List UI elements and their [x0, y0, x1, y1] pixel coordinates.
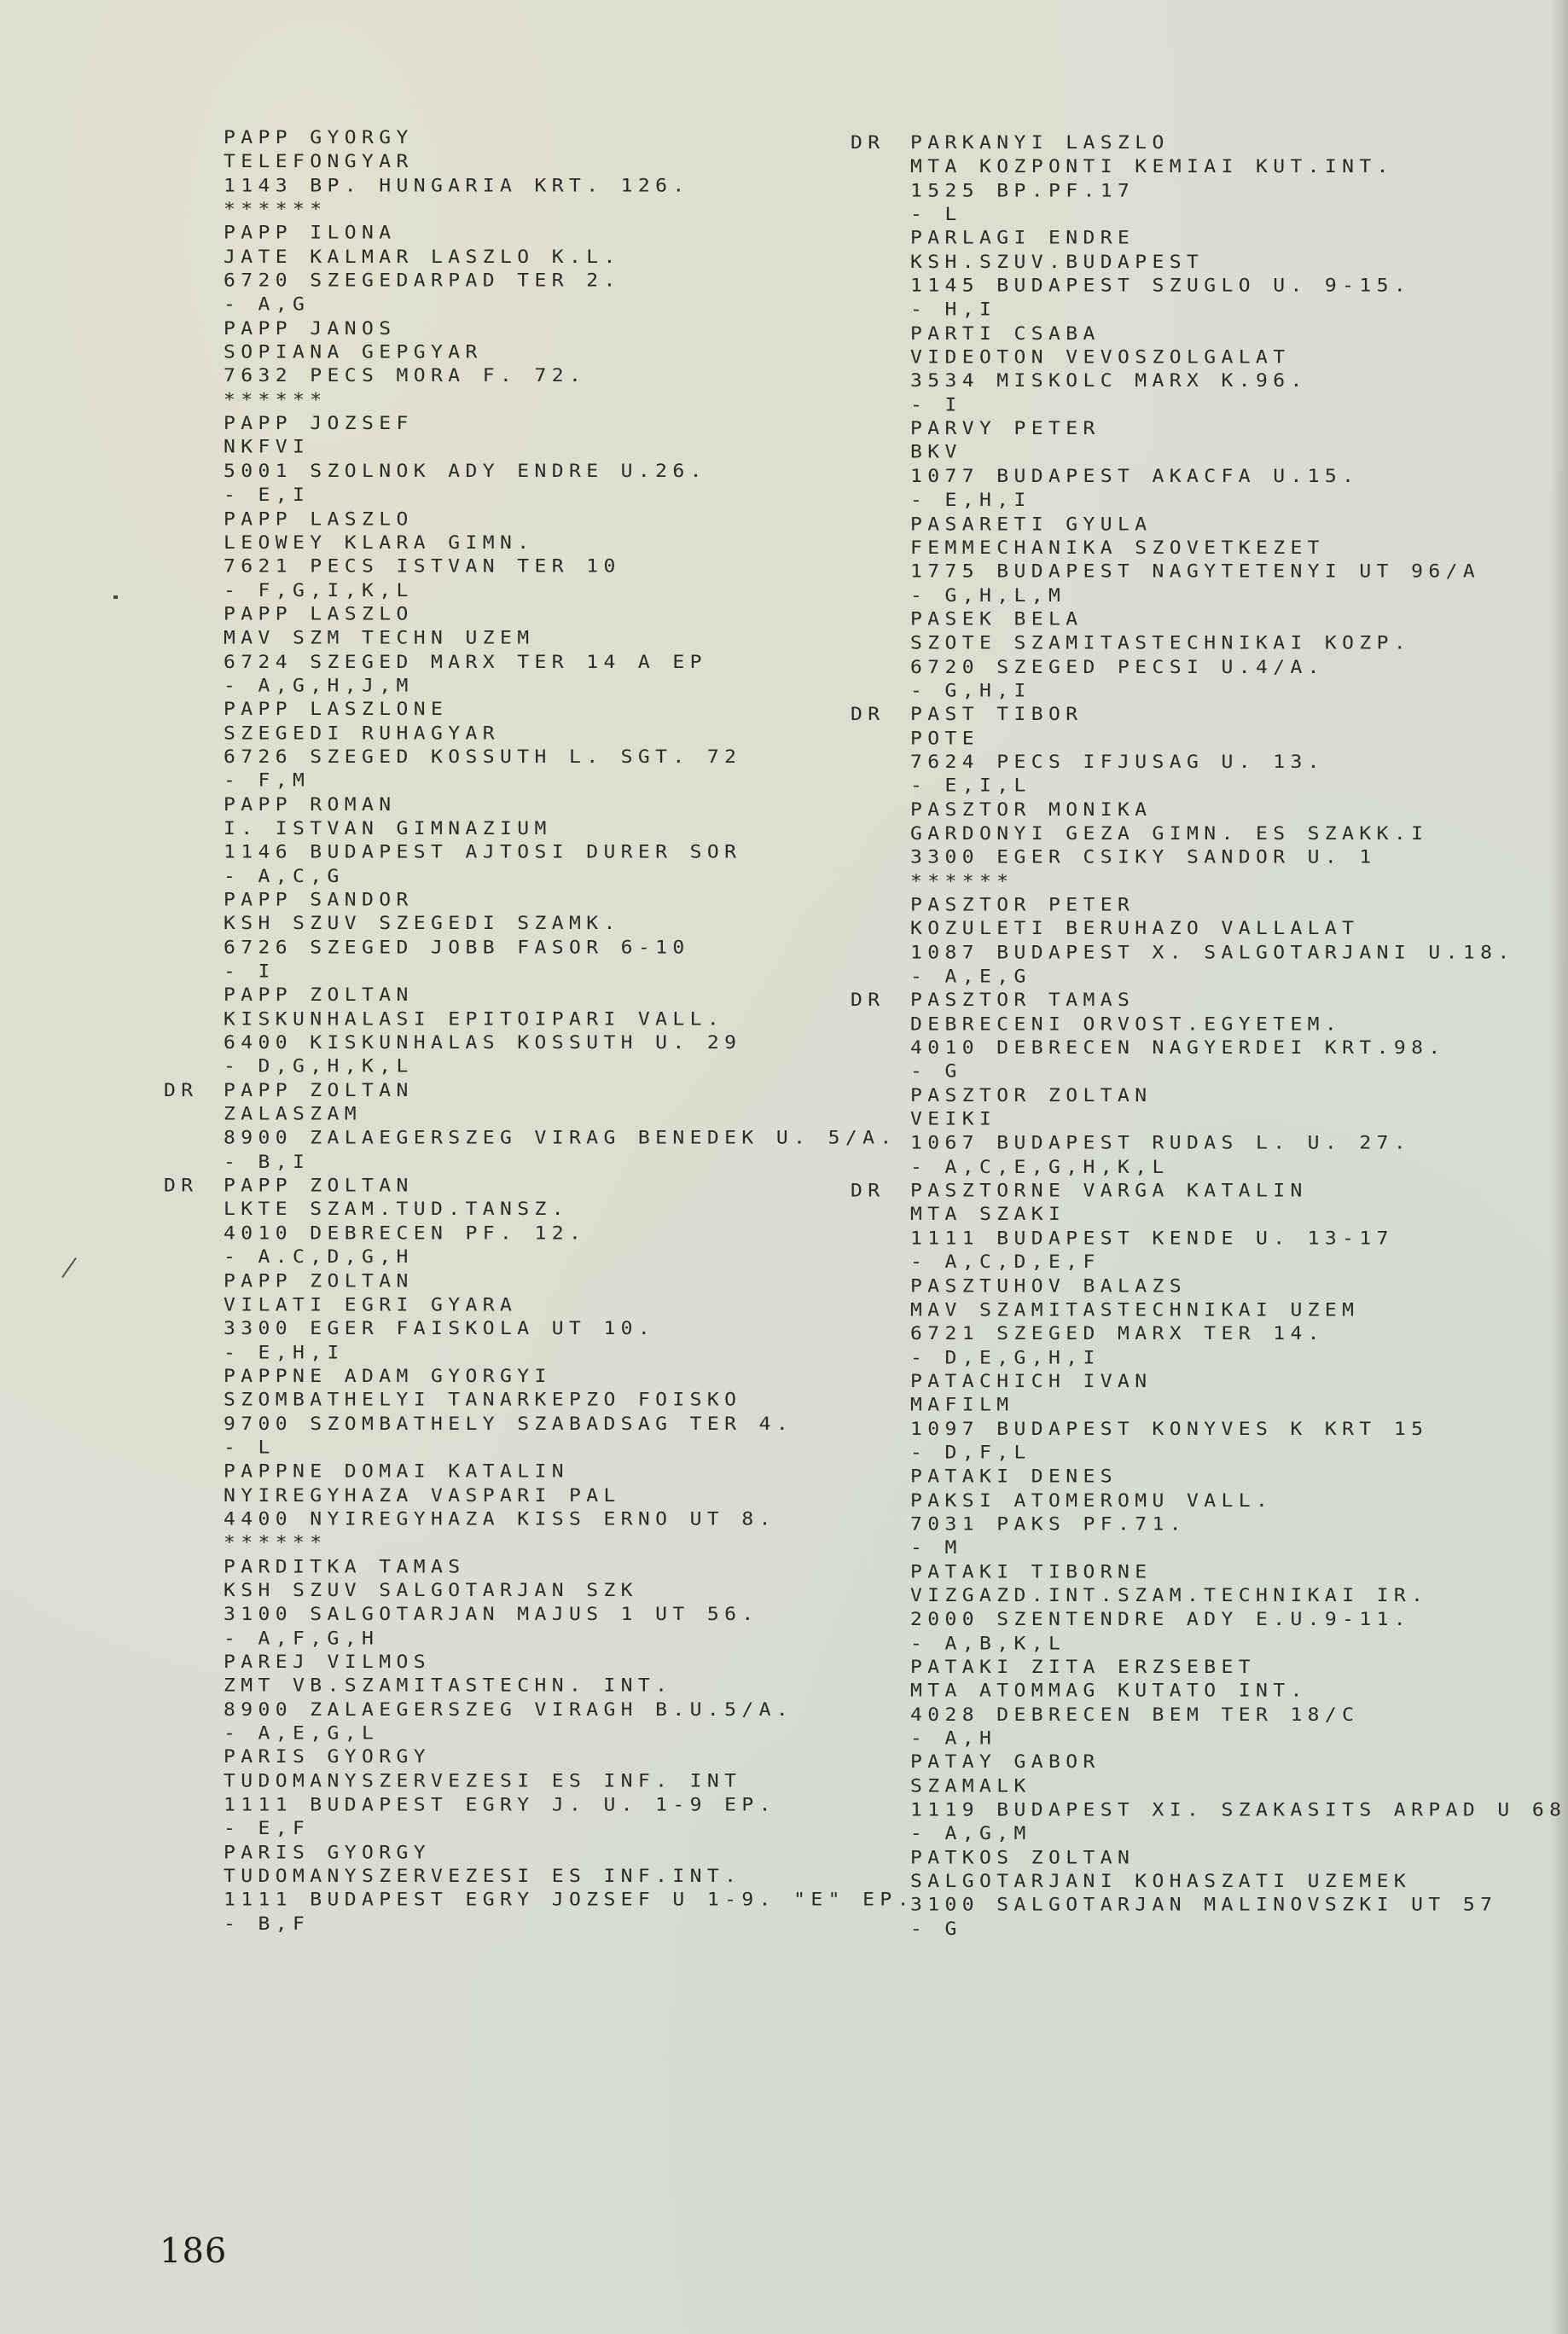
title-prefix: DR [851, 131, 886, 155]
line-text: PAPP ILONA [224, 224, 396, 244]
directory-line: PARIS GYORGY [224, 1841, 915, 1865]
line-text: MAV SZAMITASTECHNIKAI UZEM [910, 1300, 1359, 1321]
directory-line: VILATI EGRI GYARA [224, 1293, 915, 1317]
directory-line: - A,G,M [910, 1822, 1566, 1846]
title-prefix: DR [851, 989, 886, 1013]
directory-line: POTE [910, 727, 1566, 751]
line-text: PARKANYI LASZLO [910, 133, 1170, 154]
directory-line: - F,G,I,K,L [224, 578, 915, 602]
line-text: 3300 EGER CSIKY SANDOR U. 1 [910, 847, 1377, 868]
directory-line: - M [910, 1536, 1566, 1560]
line-text: 1077 BUDAPEST AKACFA U.15. [910, 467, 1359, 487]
line-text: PAPP SANDOR [224, 890, 414, 910]
directory-line: ****** [910, 869, 1566, 893]
line-text: PARIS GYORGY [224, 1747, 431, 1768]
line-text: 7621 PECS ISTVAN TER 10 [224, 556, 621, 577]
directory-line: MAFILM [910, 1394, 1566, 1418]
line-text: 4010 DEBRECEN PF. 12. [224, 1223, 586, 1244]
line-text: SZEGEDI RUHAGYAR [224, 723, 500, 744]
directory-line: 8900 ZALAEGERSZEG VIRAGH B.U.5/A. [224, 1698, 915, 1721]
directory-line: PAPP LASZLONE [224, 698, 915, 722]
line-text: PASEK BELA [910, 609, 1083, 630]
directory-line: PATAKI ZITA ERZSEBET [910, 1656, 1566, 1680]
directory-line: PARLAGI ENDRE [910, 227, 1566, 251]
line-text: 8900 ZALAEGERSZEG VIRAGH B.U.5/A. [224, 1699, 793, 1720]
line-text: 7031 PAKS PF.71. [910, 1514, 1187, 1535]
directory-line: KSH SZUV SZEGEDI SZAMK. [224, 912, 915, 936]
line-text: 7632 PECS MORA F. 72. [224, 366, 586, 386]
line-text: PAKSI ATOMEROMU VALL. [910, 1490, 1273, 1511]
line-text: PAPP JANOS [224, 318, 396, 339]
directory-line: 1111 BUDAPEST EGRY J. U. 1-9 EP. [224, 1793, 915, 1817]
line-text: DEBRECENI ORVOST.EGYETEM. [910, 1014, 1342, 1035]
directory-line: PARVY PETER [910, 417, 1566, 441]
line-text: 7624 PECS IFJUSAG U. 13. [910, 752, 1325, 773]
line-text: 6721 SZEGED MARX TER 14. [910, 1324, 1325, 1344]
directory-line: PAPP LASZLO [224, 508, 915, 531]
line-text: PATACHICH IVAN [910, 1371, 1152, 1391]
line-text: PASZTOR PETER [910, 895, 1135, 915]
directory-line: SZEGEDI RUHAGYAR [224, 722, 915, 746]
line-text: PARTI CSABA [910, 323, 1101, 344]
line-text: - G,H,I [910, 681, 1031, 701]
directory-line: - A,H [910, 1727, 1566, 1750]
line-text: MAFILM [910, 1395, 1013, 1415]
directory-line: ZALASZAM [224, 1103, 915, 1127]
line-text: ****** [910, 871, 1013, 891]
line-text: LEOWEY KLARA GIMN. [224, 532, 534, 553]
line-text: - M [910, 1538, 962, 1559]
line-text: 2000 SZENTENDRE ADY E.U.9-11. [910, 1610, 1411, 1630]
directory-line: - A,G,H,J,M [224, 674, 915, 698]
directory-line: - B,F [224, 1913, 915, 1936]
line-text: - E,H,I [910, 491, 1031, 511]
title-prefix: DR [851, 1179, 886, 1203]
line-text: VIZGAZD.INT.SZAM.TECHNIKAI IR. [910, 1586, 1428, 1606]
directory-line: PATAKI DENES [910, 1465, 1566, 1489]
line-text: 8900 ZALAEGERSZEG VIRAG BENEDEK U. 5/A. [224, 1128, 897, 1148]
directory-line: PASZTOR ZOLTAN [910, 1084, 1566, 1108]
directory-line: PAPP LASZLO [224, 602, 915, 626]
line-text: 6724 SZEGED MARX TER 14 A EP [224, 652, 707, 672]
directory-line: PAPPNE DOMAI KATALIN [224, 1460, 915, 1483]
line-text: PASZTOR TAMAS [910, 990, 1135, 1011]
line-text: I. ISTVAN GIMNAZIUM [224, 818, 552, 839]
directory-line: MAV SZAMITASTECHNIKAI UZEM [910, 1298, 1566, 1322]
line-text: KSH SZUV SZEGEDI SZAMK. [224, 914, 621, 934]
directory-line: 7624 PECS IFJUSAG U. 13. [910, 751, 1566, 775]
line-text: NKFVI [224, 438, 310, 458]
directory-line: - G [910, 1918, 1566, 1942]
directory-line: 2000 SZENTENDRE ADY E.U.9-11. [910, 1608, 1566, 1632]
directory-line: TELEFONGYAR [224, 150, 915, 174]
line-text: KSH SZUV SALGOTARJAN SZK [224, 1581, 638, 1601]
directory-line: 4010 DEBRECEN NAGYERDEI KRT.98. [910, 1036, 1566, 1060]
line-text: ****** [224, 390, 327, 410]
directory-line: PAPP SANDOR [224, 888, 915, 912]
line-text: 1097 BUDAPEST KONYVES K KRT 15 [910, 1419, 1428, 1439]
directory-line: 6726 SZEGED JOBB FASOR 6-10 [224, 936, 915, 960]
line-text: - F,G,I,K,L [224, 580, 414, 601]
line-text: - H,I [910, 299, 996, 320]
line-text: PATAKI TIBORNE [910, 1562, 1152, 1582]
directory-line: PASZTOR MONIKA [910, 798, 1566, 822]
directory-line: - A,E,G,L [224, 1721, 915, 1745]
directory-line: - A,C,E,G,H,K,L [910, 1155, 1566, 1179]
line-text: PASARETI GYULA [910, 514, 1152, 535]
directory-line: ****** [224, 198, 915, 222]
line-text: FEMMECHANIKA SZOVETKEZET [910, 537, 1325, 558]
line-text: - G,H,L,M [910, 585, 1066, 606]
directory-line: DRPAST TIBOR [910, 703, 1566, 727]
directory-line: 3300 EGER CSIKY SANDOR U. 1 [910, 845, 1566, 869]
line-text: SALGOTARJANI KOHASZATI UZEMEK [910, 1872, 1411, 1892]
line-text: - E,I [224, 485, 310, 506]
directory-line: ****** [224, 388, 915, 412]
line-text: POTE [910, 729, 979, 749]
directory-line: GARDONYI GEZA GIMN. ES SZAKK.I [910, 822, 1566, 846]
line-text: SOPIANA GEPGYAR [224, 342, 483, 363]
directory-line: 1143 BP. HUNGARIA KRT. 126. [224, 174, 915, 198]
line-text: PATAKI ZITA ERZSEBET [910, 1657, 1256, 1677]
line-text: - E,F [224, 1819, 310, 1839]
line-text: - A,F,G,H [224, 1629, 379, 1649]
line-text: 3534 MISKOLC MARX K.96. [910, 371, 1308, 392]
line-text: PASZTOR ZOLTAN [910, 1085, 1152, 1106]
directory-line: MTA KOZPONTI KEMIAI KUT.INT. [910, 155, 1566, 179]
directory-line: 1119 BUDAPEST XI. SZAKASITS ARPAD U 68 [910, 1798, 1566, 1822]
line-text: PARLAGI ENDRE [910, 229, 1135, 249]
directory-line: 1077 BUDAPEST AKACFA U.15. [910, 465, 1566, 489]
directory-line: - A,B,K,L [910, 1632, 1566, 1656]
line-text: ZALASZAM [224, 1104, 362, 1124]
line-text: 1775 BUDAPEST NAGYTETENYI UT 96/A [910, 561, 1480, 582]
line-text: PAPP ZOLTAN [224, 985, 414, 1006]
line-text: - F,M [224, 771, 310, 792]
directory-line: - G [910, 1060, 1566, 1084]
directory-line: 8900 ZALAEGERSZEG VIRAG BENEDEK U. 5/A. [224, 1126, 915, 1150]
line-text: 6726 SZEGED JOBB FASOR 6-10 [224, 938, 690, 958]
line-text: VEIKI [910, 1109, 996, 1129]
line-text: 1067 BUDAPEST RUDAS L. U. 27. [910, 1133, 1411, 1153]
directory-line: PAPP ROMAN [224, 793, 915, 817]
directory-line: NYIREGYHAZA VASPARI PAL [224, 1483, 915, 1507]
directory-line: - I [224, 960, 915, 984]
directory-line: DRPARKANYI LASZLO [910, 131, 1566, 155]
directory-line: 1097 BUDAPEST KONYVES K KRT 15 [910, 1417, 1566, 1441]
directory-line: SZOMBATHELYI TANARKEPZO FOISKO [224, 1389, 915, 1413]
directory-line: PARIS GYORGY [224, 1745, 915, 1769]
directory-line: PARTI CSABA [910, 322, 1566, 345]
margin-mark [61, 1257, 77, 1278]
directory-line: DRPAPP ZOLTAN [224, 1174, 915, 1198]
directory-line: 1111 BUDAPEST EGRY JOZSEF U 1-9. "E" EP. [224, 1889, 915, 1913]
directory-line: 6724 SZEGED MARX TER 14 A EP [224, 650, 915, 674]
directory-line: 6721 SZEGED MARX TER 14. [910, 1322, 1566, 1346]
line-text: 1146 BUDAPEST AJTOSI DURER SOR [224, 842, 741, 862]
directory-line: 6720 SZEGED PECSI U.4/A. [910, 655, 1566, 679]
directory-line: 3300 EGER FAISKOLA UT 10. [224, 1317, 915, 1341]
directory-line: - G,H,L,M [910, 583, 1566, 607]
line-text: PAPP ZOLTAN [224, 1271, 414, 1292]
directory-line: - A,G [224, 293, 915, 316]
margin-mark [113, 595, 118, 599]
line-text: PAPP LASZLO [224, 604, 414, 624]
directory-line: MTA ATOMMAG KUTATO INT. [910, 1680, 1566, 1704]
directory-line: SOPIANA GEPGYAR [224, 340, 915, 364]
title-prefix: DR [164, 1174, 199, 1198]
directory-line: PATAKI TIBORNE [910, 1560, 1566, 1584]
directory-line: - A,C,G [224, 864, 915, 888]
line-text: 6400 KISKUNHALAS KOSSUTH U. 29 [224, 1033, 741, 1054]
line-text: 1111 BUDAPEST KENDE U. 13-17 [910, 1228, 1394, 1249]
page-number: 186 [160, 2232, 227, 2271]
directory-line: 3100 SALGOTARJAN MAJUS 1 UT 56. [224, 1603, 915, 1627]
directory-line: 6720 SZEGEDARPAD TER 2. [224, 269, 915, 293]
directory-line: 1145 BUDAPEST SZUGLO U. 9-15. [910, 274, 1566, 298]
directory-line: LKTE SZAM.TUD.TANSZ. [224, 1198, 915, 1222]
directory-line: 7031 PAKS PF.71. [910, 1512, 1566, 1536]
line-text: VIDEOTON VEVOSZOLGALAT [910, 347, 1290, 368]
directory-line: ****** [224, 1531, 915, 1555]
directory-line: - G,H,I [910, 679, 1566, 703]
directory-line: DRPAPP ZOLTAN [224, 1079, 915, 1103]
line-text: KOZULETI BERUHAZO VALLALAT [910, 919, 1359, 939]
line-text: PAPPNE DOMAI KATALIN [224, 1461, 569, 1482]
line-text: 1111 BUDAPEST EGRY JOZSEF U 1-9. "E" EP. [224, 1890, 915, 1911]
directory-line: MAV SZM TECHN UZEM [224, 626, 915, 650]
line-text: ****** [224, 200, 327, 220]
line-text: 1143 BP. HUNGARIA KRT. 126. [224, 176, 690, 196]
directory-line: 7621 PECS ISTVAN TER 10 [224, 554, 915, 578]
directory-line: - A,E,G [910, 965, 1566, 989]
line-text: 6720 SZEGEDARPAD TER 2. [224, 270, 621, 291]
line-text: PASZTOR MONIKA [910, 799, 1152, 820]
directory-line: 7632 PECS MORA F. 72. [224, 364, 915, 388]
directory-line: PAREJ VILMOS [224, 1651, 915, 1675]
line-text: JATE KALMAR LASZLO K.L. [224, 247, 621, 267]
line-text: - A,E,G,L [224, 1723, 379, 1744]
line-text: PASZTORNE VARGA KATALIN [910, 1181, 1308, 1201]
directory-line: - I [910, 393, 1566, 417]
line-text: KISKUNHALASI EPITOIPARI VALL. [224, 1009, 724, 1030]
line-text: PATAY GABOR [910, 1752, 1101, 1773]
line-text: ZMT VB.SZAMITASTECHN. INT. [224, 1675, 672, 1696]
line-text: 6720 SZEGED PECSI U.4/A. [910, 657, 1325, 677]
line-text: PAPP ZOLTAN [224, 1080, 414, 1100]
line-text: - G [910, 1062, 962, 1083]
directory-line: NKFVI [224, 436, 915, 460]
directory-line: KOZULETI BERUHAZO VALLALAT [910, 917, 1566, 941]
line-text: - A,B,K,L [910, 1634, 1066, 1654]
directory-line: PATAY GABOR [910, 1750, 1566, 1774]
line-text: - L [224, 1437, 276, 1458]
directory-line: 3100 SALGOTARJAN MALINOVSZKI UT 57 [910, 1894, 1566, 1918]
directory-line: PAPP JOZSEF [224, 412, 915, 436]
line-text: - E,I,L [910, 776, 1031, 797]
directory-line: PASARETI GYULA [910, 513, 1566, 537]
line-text: PARVY PETER [910, 419, 1101, 439]
line-text: GARDONYI GEZA GIMN. ES SZAKK.I [910, 823, 1428, 844]
directory-line: 4400 NYIREGYHAZA KISS ERNO UT 8. [224, 1507, 915, 1531]
line-text: - A,C,D,E,F [910, 1252, 1101, 1273]
line-text: 6726 SZEGED KOSSUTH L. SGT. 72 [224, 747, 741, 768]
directory-line: - E,H,I [910, 489, 1566, 513]
line-text: TUDOMANYSZERVEZESI ES INF. INT [224, 1771, 741, 1791]
line-text: - D,F,L [910, 1443, 1031, 1463]
directory-line: - E,F [224, 1817, 915, 1841]
directory-line: VEIKI [910, 1108, 1566, 1132]
directory-line: PATKOS ZOLTAN [910, 1846, 1566, 1870]
directory-line: DEBRECENI ORVOST.EGYETEM. [910, 1013, 1566, 1036]
line-text: - E,H,I [224, 1343, 345, 1363]
line-text: - L [910, 205, 962, 225]
directory-line: PAPP ZOLTAN [224, 984, 915, 1007]
directory-line: 1087 BUDAPEST X. SALGOTARJANI U.18. [910, 941, 1566, 965]
line-text: PARDITKA TAMAS [224, 1557, 465, 1577]
line-text: 9700 SZOMBATHELY SZABADSAG TER 4. [224, 1414, 793, 1434]
directory-line: SZOTE SZAMITASTECHNIKAI KOZP. [910, 631, 1566, 655]
directory-line: 3534 MISKOLC MARX K.96. [910, 369, 1566, 393]
line-text: BKV [910, 443, 962, 463]
directory-line: 1775 BUDAPEST NAGYTETENYI UT 96/A [910, 560, 1566, 583]
directory-line: VIZGAZD.INT.SZAM.TECHNIKAI IR. [910, 1584, 1566, 1608]
line-text: - A,C,E,G,H,K,L [910, 1157, 1170, 1177]
directory-line: VIDEOTON VEVOSZOLGALAT [910, 345, 1566, 369]
directory-line: 6400 KISKUNHALAS KOSSUTH U. 29 [224, 1031, 915, 1055]
directory-line: - A,F,G,H [224, 1627, 915, 1651]
line-text: 3100 SALGOTARJAN MAJUS 1 UT 56. [224, 1605, 759, 1625]
directory-column-right: DRPARKANYI LASZLOMTA KOZPONTI KEMIAI KUT… [910, 131, 1566, 1942]
line-text: MTA SZAKI [910, 1205, 1066, 1225]
directory-line: - L [224, 1436, 915, 1460]
line-text: - A,G,H,J,M [224, 676, 414, 696]
line-text: 4010 DEBRECEN NAGYERDEI KRT.98. [910, 1038, 1446, 1059]
line-text: PAREJ VILMOS [224, 1652, 431, 1672]
line-text: PASZTUHOV BALAZS [910, 1276, 1187, 1297]
line-text: PAPP LASZLONE [224, 700, 448, 720]
directory-line: 1111 BUDAPEST KENDE U. 13-17 [910, 1227, 1566, 1251]
line-text: 3300 EGER FAISKOLA UT 10. [224, 1319, 655, 1339]
line-text: - B,F [224, 1914, 310, 1935]
directory-line: FEMMECHANIKA SZOVETKEZET [910, 537, 1566, 560]
line-text: 5001 SZOLNOK ADY ENDRE U.26. [224, 462, 707, 482]
directory-line: 1146 BUDAPEST AJTOSI DURER SOR [224, 840, 915, 864]
line-text: PAPP JOZSEF [224, 414, 414, 434]
directory-line: - E,I [224, 484, 915, 508]
directory-line: - D,F,L [910, 1441, 1566, 1465]
directory-line: 5001 SZOLNOK ADY ENDRE U.26. [224, 460, 915, 484]
directory-line: - E,H,I [224, 1341, 915, 1365]
directory-line: 4010 DEBRECEN PF. 12. [224, 1222, 915, 1245]
line-text: - I [910, 395, 962, 415]
line-text: NYIREGYHAZA VASPARI PAL [224, 1485, 621, 1506]
directory-line: - A.C,D,G,H [224, 1245, 915, 1269]
line-text: 1525 BP.PF.17 [910, 181, 1135, 201]
directory-line: - B,I [224, 1150, 915, 1174]
line-text: MTA ATOMMAG KUTATO INT. [910, 1681, 1308, 1701]
line-text: PAPPNE ADAM GYORGYI [224, 1366, 552, 1386]
line-text: - A,E,G [910, 967, 1031, 987]
line-text: SZOMBATHELYI TANARKEPZO FOISKO [224, 1390, 741, 1410]
line-text: - A.C,D,G,H [224, 1247, 414, 1268]
directory-line: DRPASZTORNE VARGA KATALIN [910, 1179, 1566, 1203]
directory-line: 9700 SZOMBATHELY SZABADSAG TER 4. [224, 1412, 915, 1436]
line-text: PATAKI DENES [910, 1466, 1118, 1487]
line-text: PAPP ZOLTAN [224, 1176, 414, 1196]
directory-line: 6726 SZEGED KOSSUTH L. SGT. 72 [224, 746, 915, 769]
directory-line: SZAMALK [910, 1774, 1566, 1798]
directory-line: PASZTUHOV BALAZS [910, 1274, 1566, 1298]
directory-line: PAPP ILONA [224, 222, 915, 246]
line-text: 1119 BUDAPEST XI. SZAKASITS ARPAD U 68 [910, 1800, 1566, 1820]
directory-column-left: PAPP GYORGYTELEFONGYAR1143 BP. HUNGARIA … [224, 126, 915, 1936]
directory-line: - H,I [910, 298, 1566, 322]
line-text: 4400 NYIREGYHAZA KISS ERNO UT 8. [224, 1509, 776, 1530]
line-text: - A,H [910, 1728, 996, 1749]
line-text: 1145 BUDAPEST SZUGLO U. 9-15. [910, 276, 1411, 296]
directory-line: - A,C,D,E,F [910, 1251, 1566, 1274]
line-text: 4028 DEBRECEN BEM TER 18/C [910, 1704, 1359, 1725]
directory-line: I. ISTVAN GIMNAZIUM [224, 817, 915, 841]
line-text: 1111 BUDAPEST EGRY J. U. 1-9 EP. [224, 1795, 776, 1815]
directory-line: - L [910, 203, 1566, 227]
line-text: KSH.SZUV.BUDAPEST [910, 252, 1204, 272]
directory-line: - D,G,H,K,L [224, 1055, 915, 1079]
directory-line: PATACHICH IVAN [910, 1370, 1566, 1394]
line-text: 3100 SALGOTARJAN MALINOVSZKI UT 57 [910, 1896, 1497, 1916]
directory-line: 1525 BP.PF.17 [910, 179, 1566, 203]
line-text: PAST TIBOR [910, 705, 1083, 725]
line-text: SZOTE SZAMITASTECHNIKAI KOZP. [910, 633, 1411, 653]
directory-line: PAPP GYORGY [224, 126, 915, 150]
title-prefix: DR [851, 703, 886, 727]
directory-line: PARDITKA TAMAS [224, 1555, 915, 1579]
directory-line: JATE KALMAR LASZLO K.L. [224, 246, 915, 270]
directory-line: - E,I,L [910, 775, 1566, 798]
directory-line: - D,E,G,H,I [910, 1346, 1566, 1370]
line-text: LKTE SZAM.TUD.TANSZ. [224, 1199, 569, 1220]
directory-line: ZMT VB.SZAMITASTECHN. INT. [224, 1675, 915, 1698]
line-text: - A,G [224, 294, 310, 315]
directory-line: MTA SZAKI [910, 1203, 1566, 1227]
directory-line: PAKSI ATOMEROMU VALL. [910, 1489, 1566, 1512]
line-text: - B,I [224, 1152, 310, 1172]
directory-line: BKV [910, 441, 1566, 465]
directory-line: PASZTOR PETER [910, 893, 1566, 917]
line-text: 1087 BUDAPEST X. SALGOTARJANI U.18. [910, 943, 1515, 963]
line-text: TELEFONGYAR [224, 152, 414, 172]
line-text: PAPP ROMAN [224, 794, 396, 815]
line-text: - G [910, 1919, 962, 1940]
line-text: - A,G,M [910, 1824, 1031, 1844]
directory-line: SALGOTARJANI KOHASZATI UZEMEK [910, 1870, 1566, 1894]
directory-line: DRPASZTOR TAMAS [910, 989, 1566, 1013]
line-text: - D,G,H,K,L [224, 1057, 414, 1077]
line-text: PARIS GYORGY [224, 1843, 431, 1863]
line-text: PAPP GYORGY [224, 128, 414, 148]
line-text: - A,C,G [224, 866, 345, 886]
directory-line: 4028 DEBRECEN BEM TER 18/C [910, 1703, 1566, 1727]
line-text: PATKOS ZOLTAN [910, 1848, 1135, 1868]
directory-line: TUDOMANYSZERVEZESI ES INF.INT. [224, 1865, 915, 1889]
directory-line: TUDOMANYSZERVEZESI ES INF. INT [224, 1769, 915, 1793]
directory-line: KISKUNHALASI EPITOIPARI VALL. [224, 1007, 915, 1031]
title-prefix: DR [164, 1079, 199, 1103]
line-text: PAPP LASZLO [224, 509, 414, 530]
line-text: TUDOMANYSZERVEZESI ES INF.INT. [224, 1867, 741, 1887]
line-text: MAV SZM TECHN UZEM [224, 628, 534, 648]
